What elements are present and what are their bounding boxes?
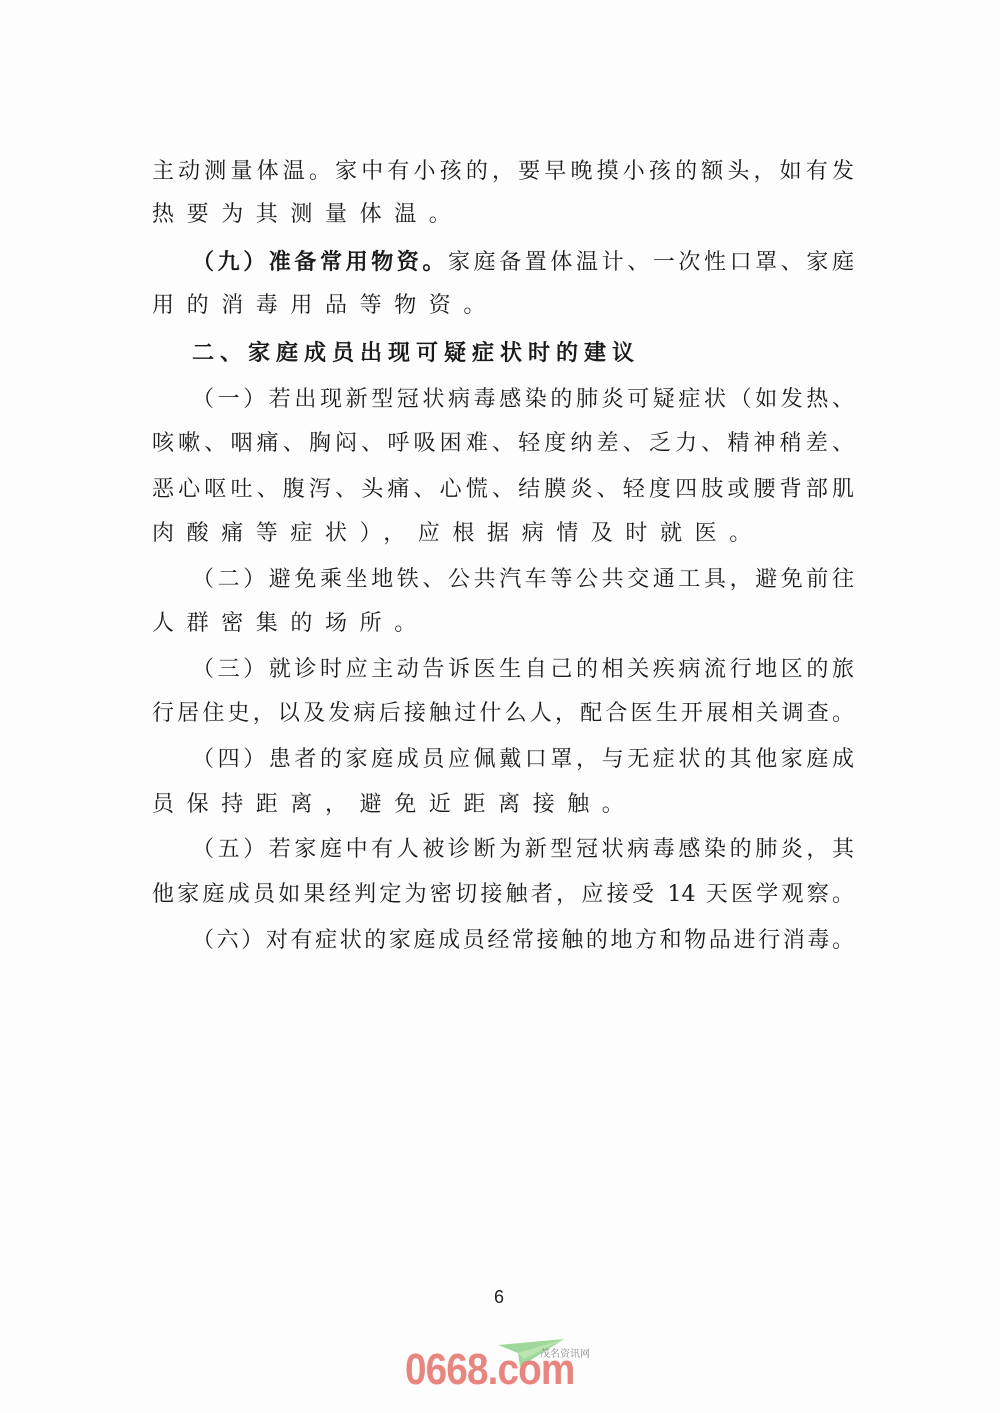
item-1-line: 肉酸痛等症状），应根据病情及时就医。 [152,519,854,549]
document-page: 主动测量体温。家中有小孩的，要早晚摸小孩的额头，如有发 热要为其测量体温。 （九… [0,0,1000,1413]
section-9-text: 家庭备置体温计、一次性口罩、家庭 [448,250,854,275]
watermark-logo: 0668.com 茂名资讯网 [403,1337,603,1397]
item-2-line: 人群密集的场所。 [152,609,854,639]
item-1-line: （一）若出现新型冠状病毒感染的肺炎可疑症状（如发热、 [192,385,854,415]
item-6-line: （六）对有症状的家庭成员经常接触的地方和物品进行消毒。 [192,926,854,956]
item-1-line: 恶心呕吐、腹泻、头痛、心慌、结膜炎、轻度四肢或腰背部肌 [152,475,854,505]
page-number: 6 [494,1287,504,1308]
paragraph-line: 主动测量体温。家中有小孩的，要早晚摸小孩的额头，如有发 [152,157,854,187]
section-heading: 二、家庭成员出现可疑症状时的建议 [192,339,854,369]
section-9-label: （九）准备常用物资。 [192,250,448,275]
item-2-line: （二）避免乘坐地铁、公共汽车等公共交通工具，避免前往 [192,565,854,595]
section-9-line-1: （九）准备常用物资。家庭备置体温计、一次性口罩、家庭 [192,248,854,278]
item-4-line: 员保持距离，避免近距离接触。 [152,790,854,820]
watermark-site-name: 茂名资讯网 [540,1345,590,1360]
item-5-line: （五）若家庭中有人被诊断为新型冠状病毒感染的肺炎，其 [192,835,854,865]
item-5-line: 他家庭成员如果经判定为密切接触者，应接受 14 天医学观察。 [152,880,854,910]
item-3-line: 行居住史，以及发病后接触过什么人，配合医生开展相关调查。 [152,699,854,729]
item-3-line: （三）就诊时应主动告诉医生自己的相关疾病流行地区的旅 [192,655,854,685]
item-1-line: 咳嗽、咽痛、胸闷、呼吸困难、轻度纳差、乏力、精神稍差、 [152,429,854,459]
paragraph-line: 热要为其测量体温。 [152,200,854,230]
item-4-line: （四）患者的家庭成员应佩戴口罩，与无症状的其他家庭成 [192,745,854,775]
section-9-line-2: 用的消毒用品等物资。 [152,291,854,321]
